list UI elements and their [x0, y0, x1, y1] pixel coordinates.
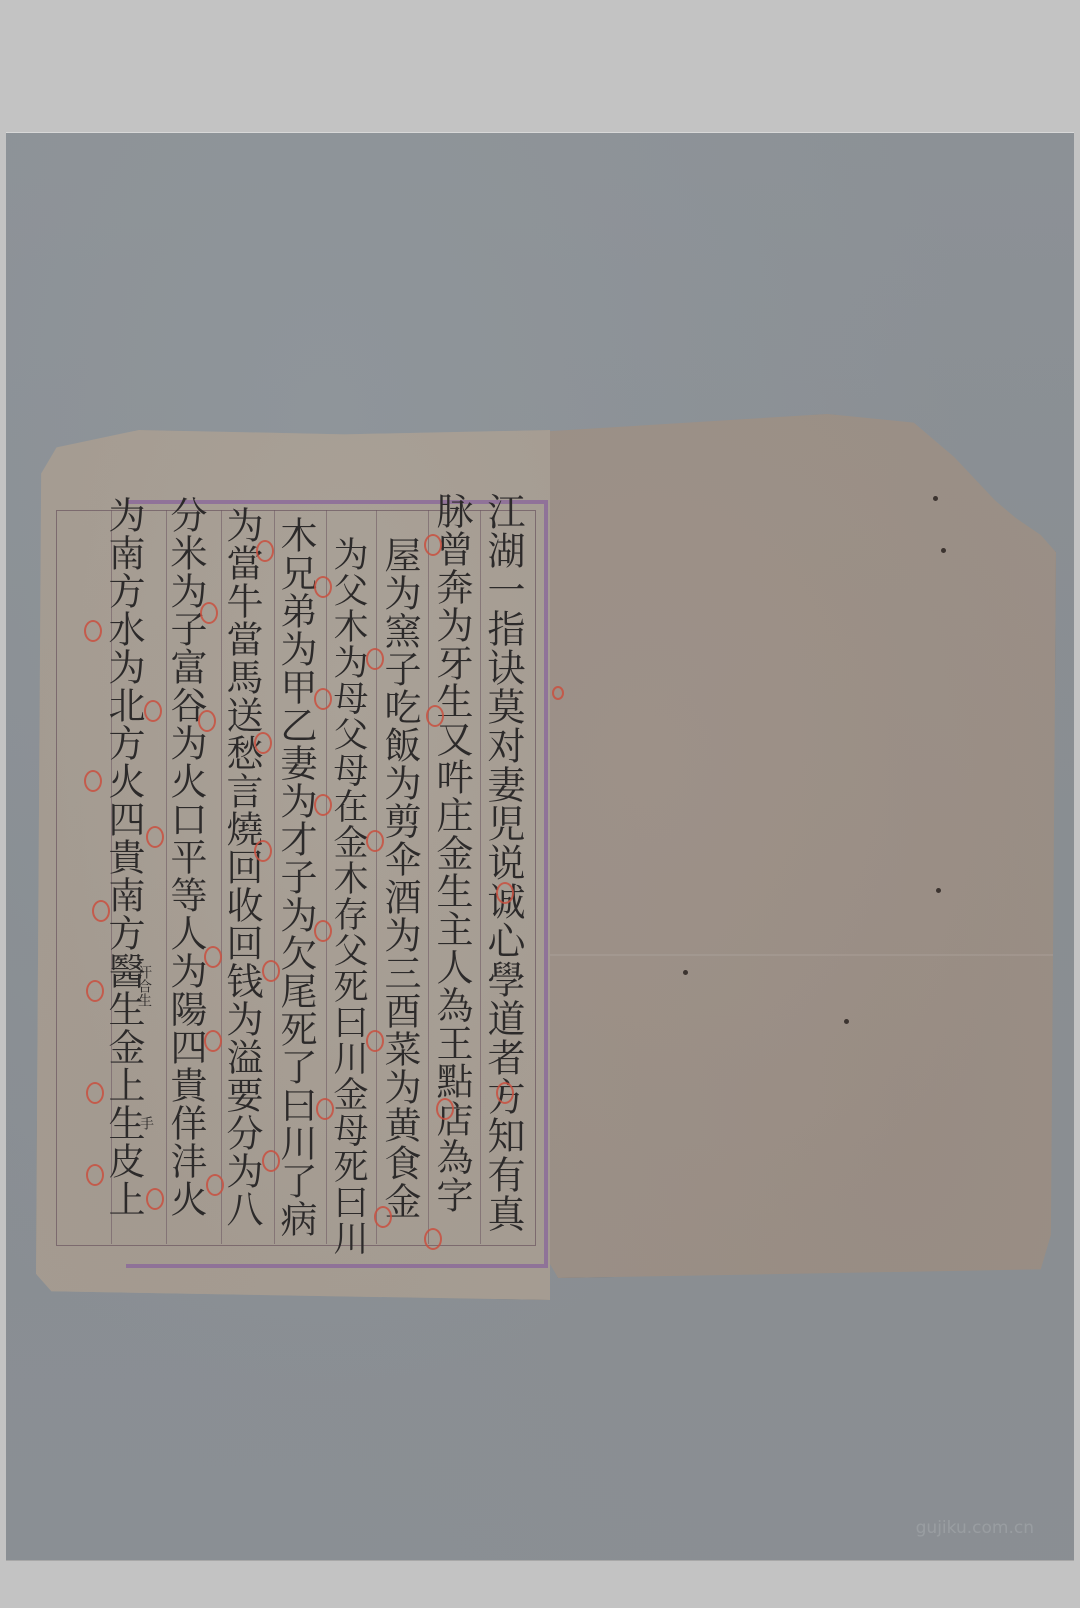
red-punctuation-mark [204, 1030, 222, 1052]
red-punctuation-mark [314, 688, 332, 710]
red-punctuation-mark [146, 826, 164, 848]
red-punctuation-mark [198, 710, 216, 732]
red-punctuation-mark [256, 540, 274, 562]
wormhole [683, 970, 688, 975]
red-punctuation-mark [426, 705, 444, 727]
red-punctuation-mark [262, 1150, 280, 1172]
text-column-8: 为南方水为北方火四貴南方醫生金上生皮上 [96, 496, 150, 1218]
red-punctuation-mark [314, 794, 332, 816]
red-punctuation-mark [366, 1030, 384, 1052]
red-punctuation-mark [366, 830, 384, 852]
red-punctuation-mark [316, 1098, 334, 1120]
red-punctuation-mark [86, 1164, 104, 1186]
red-punctuation-mark [84, 620, 102, 642]
wormhole [844, 1019, 849, 1024]
red-punctuation-mark [204, 946, 222, 968]
red-punctuation-mark [496, 1082, 514, 1104]
red-punctuation-mark [146, 1188, 164, 1210]
red-punctuation-mark [314, 920, 332, 942]
text-column-6: 为當牛當馬送愁言燒回收回钱为溢要分为八 [214, 506, 268, 1228]
text-column-1: 江湖一指诀莫对妻児说诚心學道者方知有真 [476, 492, 530, 1233]
red-punctuation-mark [496, 882, 514, 904]
site-watermark: gujiku.com.cn [916, 1518, 1034, 1538]
red-punctuation-mark [374, 1206, 392, 1228]
red-punctuation-mark [314, 576, 332, 598]
red-punctuation-mark [92, 900, 110, 922]
red-punctuation-mark [424, 1228, 442, 1250]
red-punctuation-mark [262, 960, 280, 982]
red-punctuation-mark [254, 840, 272, 862]
red-punctuation-mark [200, 602, 218, 624]
red-punctuation-mark [206, 1174, 224, 1196]
red-punctuation-mark [424, 534, 442, 556]
page-fold-line [548, 954, 1056, 956]
red-punctuation-mark [86, 980, 104, 1002]
blank-right-page [548, 414, 1056, 1278]
red-punctuation-mark [366, 648, 384, 670]
text-column-5: 木兄弟为甲乙妻为才子为欠尾死了曰川了病 [268, 516, 322, 1238]
red-punctuation-mark [254, 732, 272, 754]
wormhole [933, 496, 938, 501]
text-left-page: 江湖一指诀莫对妻児说诚心學道者方知有真 脉曾奔为牙生又吽庄金生主人為王點店為字 … [36, 430, 550, 1300]
red-mark [552, 686, 564, 700]
wormhole [941, 548, 946, 553]
red-punctuation-mark [144, 700, 162, 722]
red-punctuation-mark [84, 770, 102, 792]
red-punctuation-mark [86, 1082, 104, 1104]
wormhole [936, 888, 941, 893]
text-column-4: 为父木为母父母在金木存父死曰川金母死曰川 [320, 536, 374, 1256]
margin-note: 汗合生 [134, 965, 154, 1007]
red-punctuation-mark [436, 1098, 454, 1120]
text-column-3: 屋为窯子吃飯为剪伞酒为三酉菜为黄食金 [372, 536, 426, 1220]
margin-note: 手 [136, 1116, 156, 1130]
